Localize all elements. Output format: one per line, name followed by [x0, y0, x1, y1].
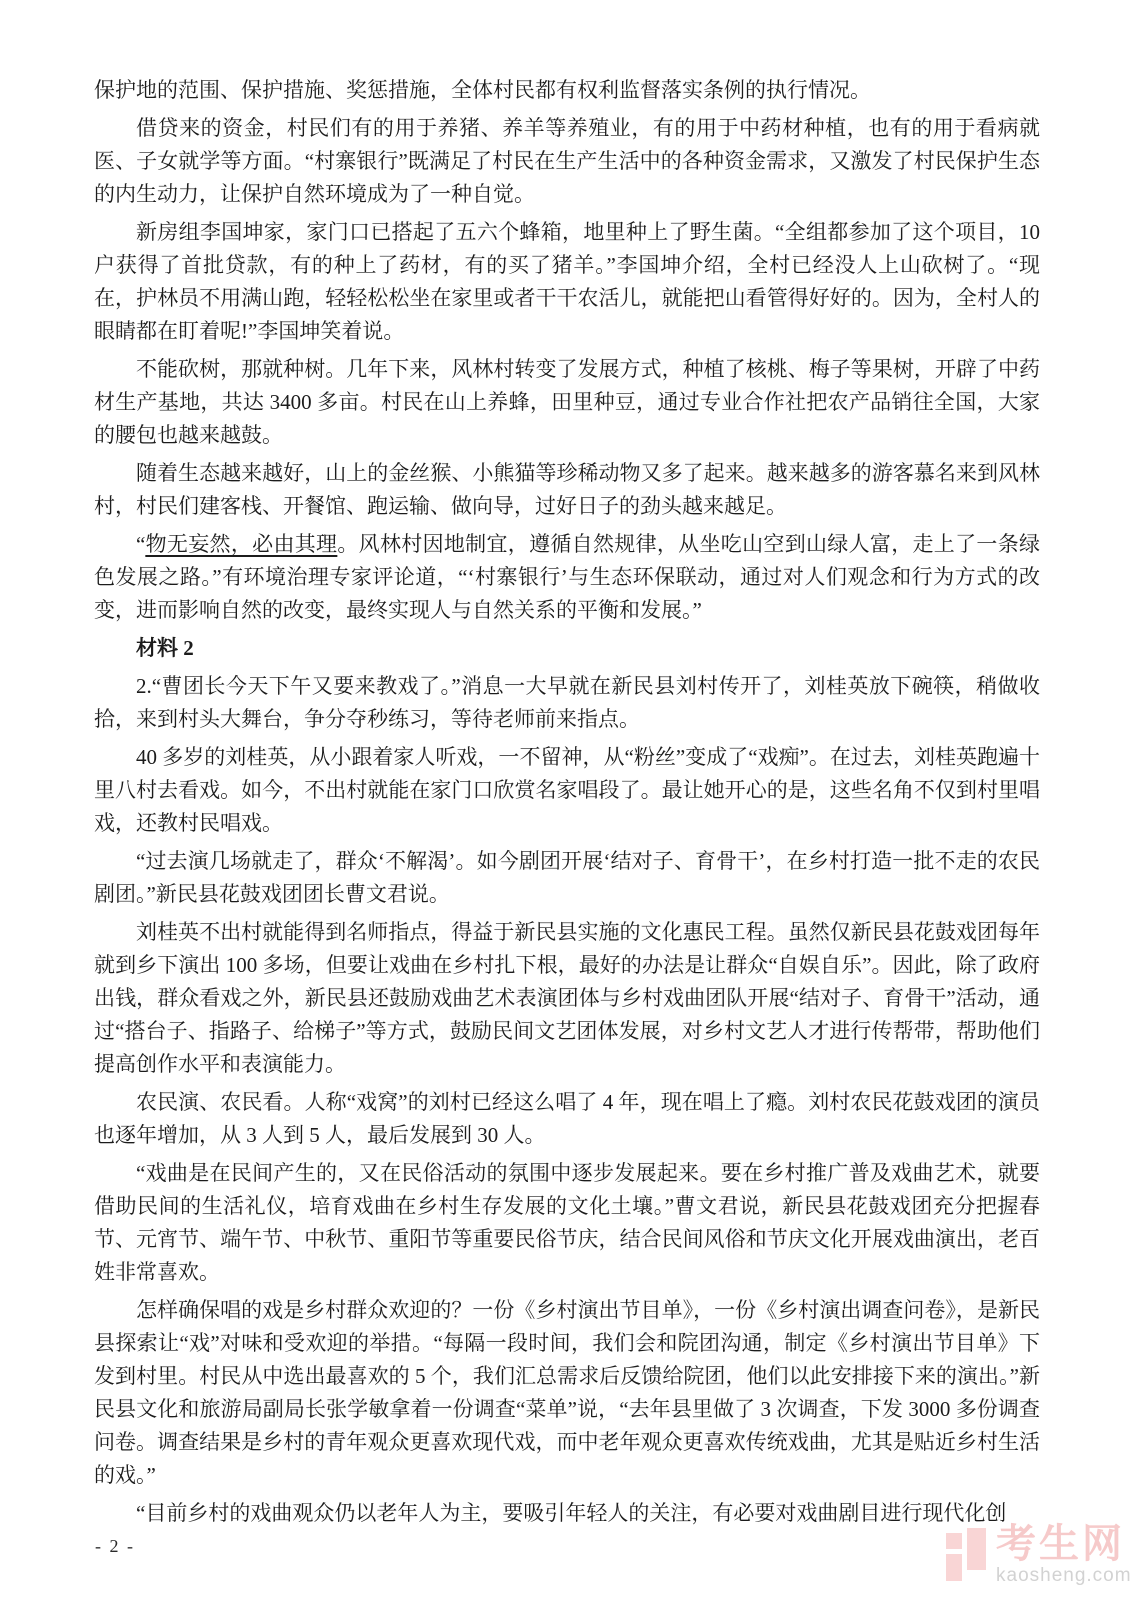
document-body: 保护地的范围、保护措施、奖惩措施，全体村民都有权利监督落实条例的执行情况。 借贷… — [94, 74, 1040, 1535]
paragraph: 随着生态越来越好，山上的金丝猴、小熊猫等珍稀动物又多了起来。越来越多的游客慕名来… — [94, 457, 1040, 523]
paragraph: 新房组李国坤家，家门口已搭起了五六个蜂箱，地里种上了野生菌。“全组都参加了这个项… — [94, 216, 1040, 348]
paragraph-with-underline: “物无妄然，必由其理。风林村因地制宜，遵循自然规律，从坐吃山空到山绿人富，走上了… — [94, 528, 1040, 627]
paragraph: 不能砍树，那就种树。几年下来，风林村转变了发展方式，种植了核桃、梅子等果树，开辟… — [94, 353, 1040, 452]
paragraph: 刘桂英不出村就能得到名师指点，得益于新民县实施的文化惠民工程。虽然仅新民县花鼓戏… — [94, 916, 1040, 1081]
paragraph: “过去演几场就走了，群众‘不解渴’。如今剧团开展‘结对子、育骨干’，在乡村打造一… — [94, 845, 1040, 911]
paragraph: 怎样确保唱的戏是乡村群众欢迎的？一份《乡村演出节目单》，一份《乡村演出调查问卷》… — [94, 1294, 1040, 1492]
paragraph: “目前乡村的戏曲观众仍以老年人为主，要吸引年轻人的关注，有必要对戏曲剧目进行现代… — [94, 1497, 1040, 1530]
paragraph: 40 多岁的刘桂英，从小跟着家人听戏，一不留神，从“粉丝”变成了“戏痴”。在过去… — [94, 741, 1040, 840]
material-2-heading: 材料 2 — [94, 632, 1040, 665]
page-number: - 2 - — [95, 1536, 135, 1557]
paragraph: “戏曲是在民间产生的，又在民俗活动的氛围中逐步发展起来。要在乡村推广普及戏曲艺术… — [94, 1157, 1040, 1289]
document-page: 保护地的范围、保护措施、奖惩措施，全体村民都有权利监督落实条例的执行情况。 借贷… — [0, 0, 1131, 1600]
quote-open: “ — [136, 532, 145, 556]
paragraph: 保护地的范围、保护措施、奖惩措施，全体村民都有权利监督落实条例的执行情况。 — [94, 74, 1040, 107]
watermark-site-url: kaosheng.com — [996, 1566, 1131, 1586]
paragraph: 借贷来的资金，村民们有的用于养猪、养羊等养殖业，有的用于中药材种植，也有的用于看… — [94, 112, 1040, 211]
underlined-phrase: 物无妄然，必由其理 — [145, 532, 337, 556]
paragraph: 农民演、农民看。人称“戏窝”的刘村已经这么唱了 4 年，现在唱上了瘾。刘村农民花… — [94, 1086, 1040, 1152]
kaosheng-logo-icon — [936, 1524, 992, 1586]
kaosheng-watermark: 考生网 kaosheng.com — [936, 1524, 1126, 1590]
paragraph: 2.“曹团长今天下午又要来教戏了。”消息一大早就在新民县刘村传开了，刘桂英放下碗… — [94, 670, 1040, 736]
watermark-site-name: 考生网 — [996, 1524, 1131, 1564]
watermark-text: 考生网 kaosheng.com — [996, 1524, 1131, 1586]
